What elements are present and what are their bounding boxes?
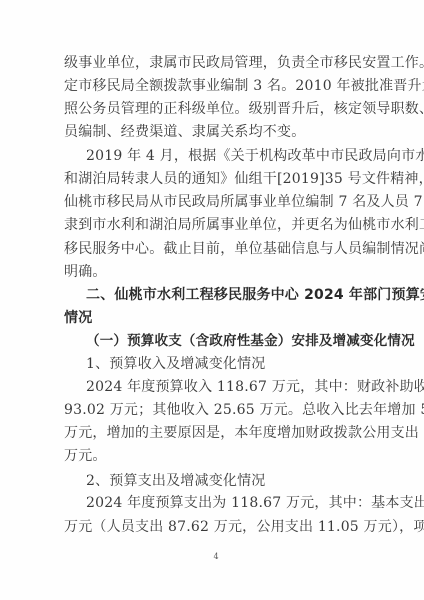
item-heading: 1、预算收入及增减变化情况 — [86, 354, 368, 374]
paragraph-line: 定市移民局全额拨款事业编制 3 名。2010 年被批准晋升为参 — [64, 76, 368, 96]
paragraph-line: 万元（人员支出 87.62 万元，公用支出 11.05 万元），项目支 — [64, 517, 368, 537]
paragraph-line: 明确。 — [64, 262, 368, 282]
subsection-heading: （一）预算收支（含政府性基金）安排及增减变化情况 — [86, 331, 368, 351]
section-heading: 二、仙桃市水利工程移民服务中心 2024 年部门预算安排 — [86, 285, 368, 305]
paragraph-line: 万元，增加的主要原因是，本年度增加财政拨款公用支出 5.66 — [64, 423, 368, 443]
paragraph-line: 级事业单位，隶属市民政局管理，负责全市移民安置工作。核 — [64, 53, 368, 73]
paragraph-line: 移民服务中心。截止目前，单位基础信息与人员编制情况尚未 — [64, 239, 368, 259]
paragraph-line: 93.02 万元；其他收入 25.65 万元。总收入比去年增加 5.66 — [64, 400, 368, 420]
paragraph-line: 员编制、经费渠道、隶属关系均不变。 — [64, 122, 368, 142]
paragraph-line: 万元。 — [64, 446, 368, 466]
page-number: 4 — [208, 552, 224, 561]
paragraph-line: 仙桃市移民局从市民政局所属事业单位编制 7 名及人员 7 名转 — [64, 192, 368, 212]
paragraph-line: 2024 年度预算支出为 118.67 万元，其中：基本支出 98.67 — [86, 493, 368, 513]
section-heading: 情况 — [64, 308, 368, 328]
paragraph-line: 隶到市水利和湖泊局所属事业单位，并更名为仙桃市水利工程 — [64, 215, 368, 235]
paragraph-line: 照公务员管理的正科级单位。级别晋升后，核定领导职数、人 — [64, 99, 368, 119]
item-heading: 2、预算支出及增减变化情况 — [86, 471, 368, 491]
paragraph-line: 和湖泊局转隶人员的通知》仙组干[2019]35 号文件精神，原 — [64, 169, 368, 189]
paragraph-line: 2024 年度预算收入 118.67 万元，其中：财政补助收入 — [86, 377, 368, 397]
paragraph-line: 2019 年 4 月，根据《关于机构改革中市民政局向市水利 — [86, 146, 368, 166]
document-page: 级事业单位，隶属市民政局管理，负责全市移民安置工作。核 定市移民局全额拨款事业编… — [0, 0, 424, 600]
